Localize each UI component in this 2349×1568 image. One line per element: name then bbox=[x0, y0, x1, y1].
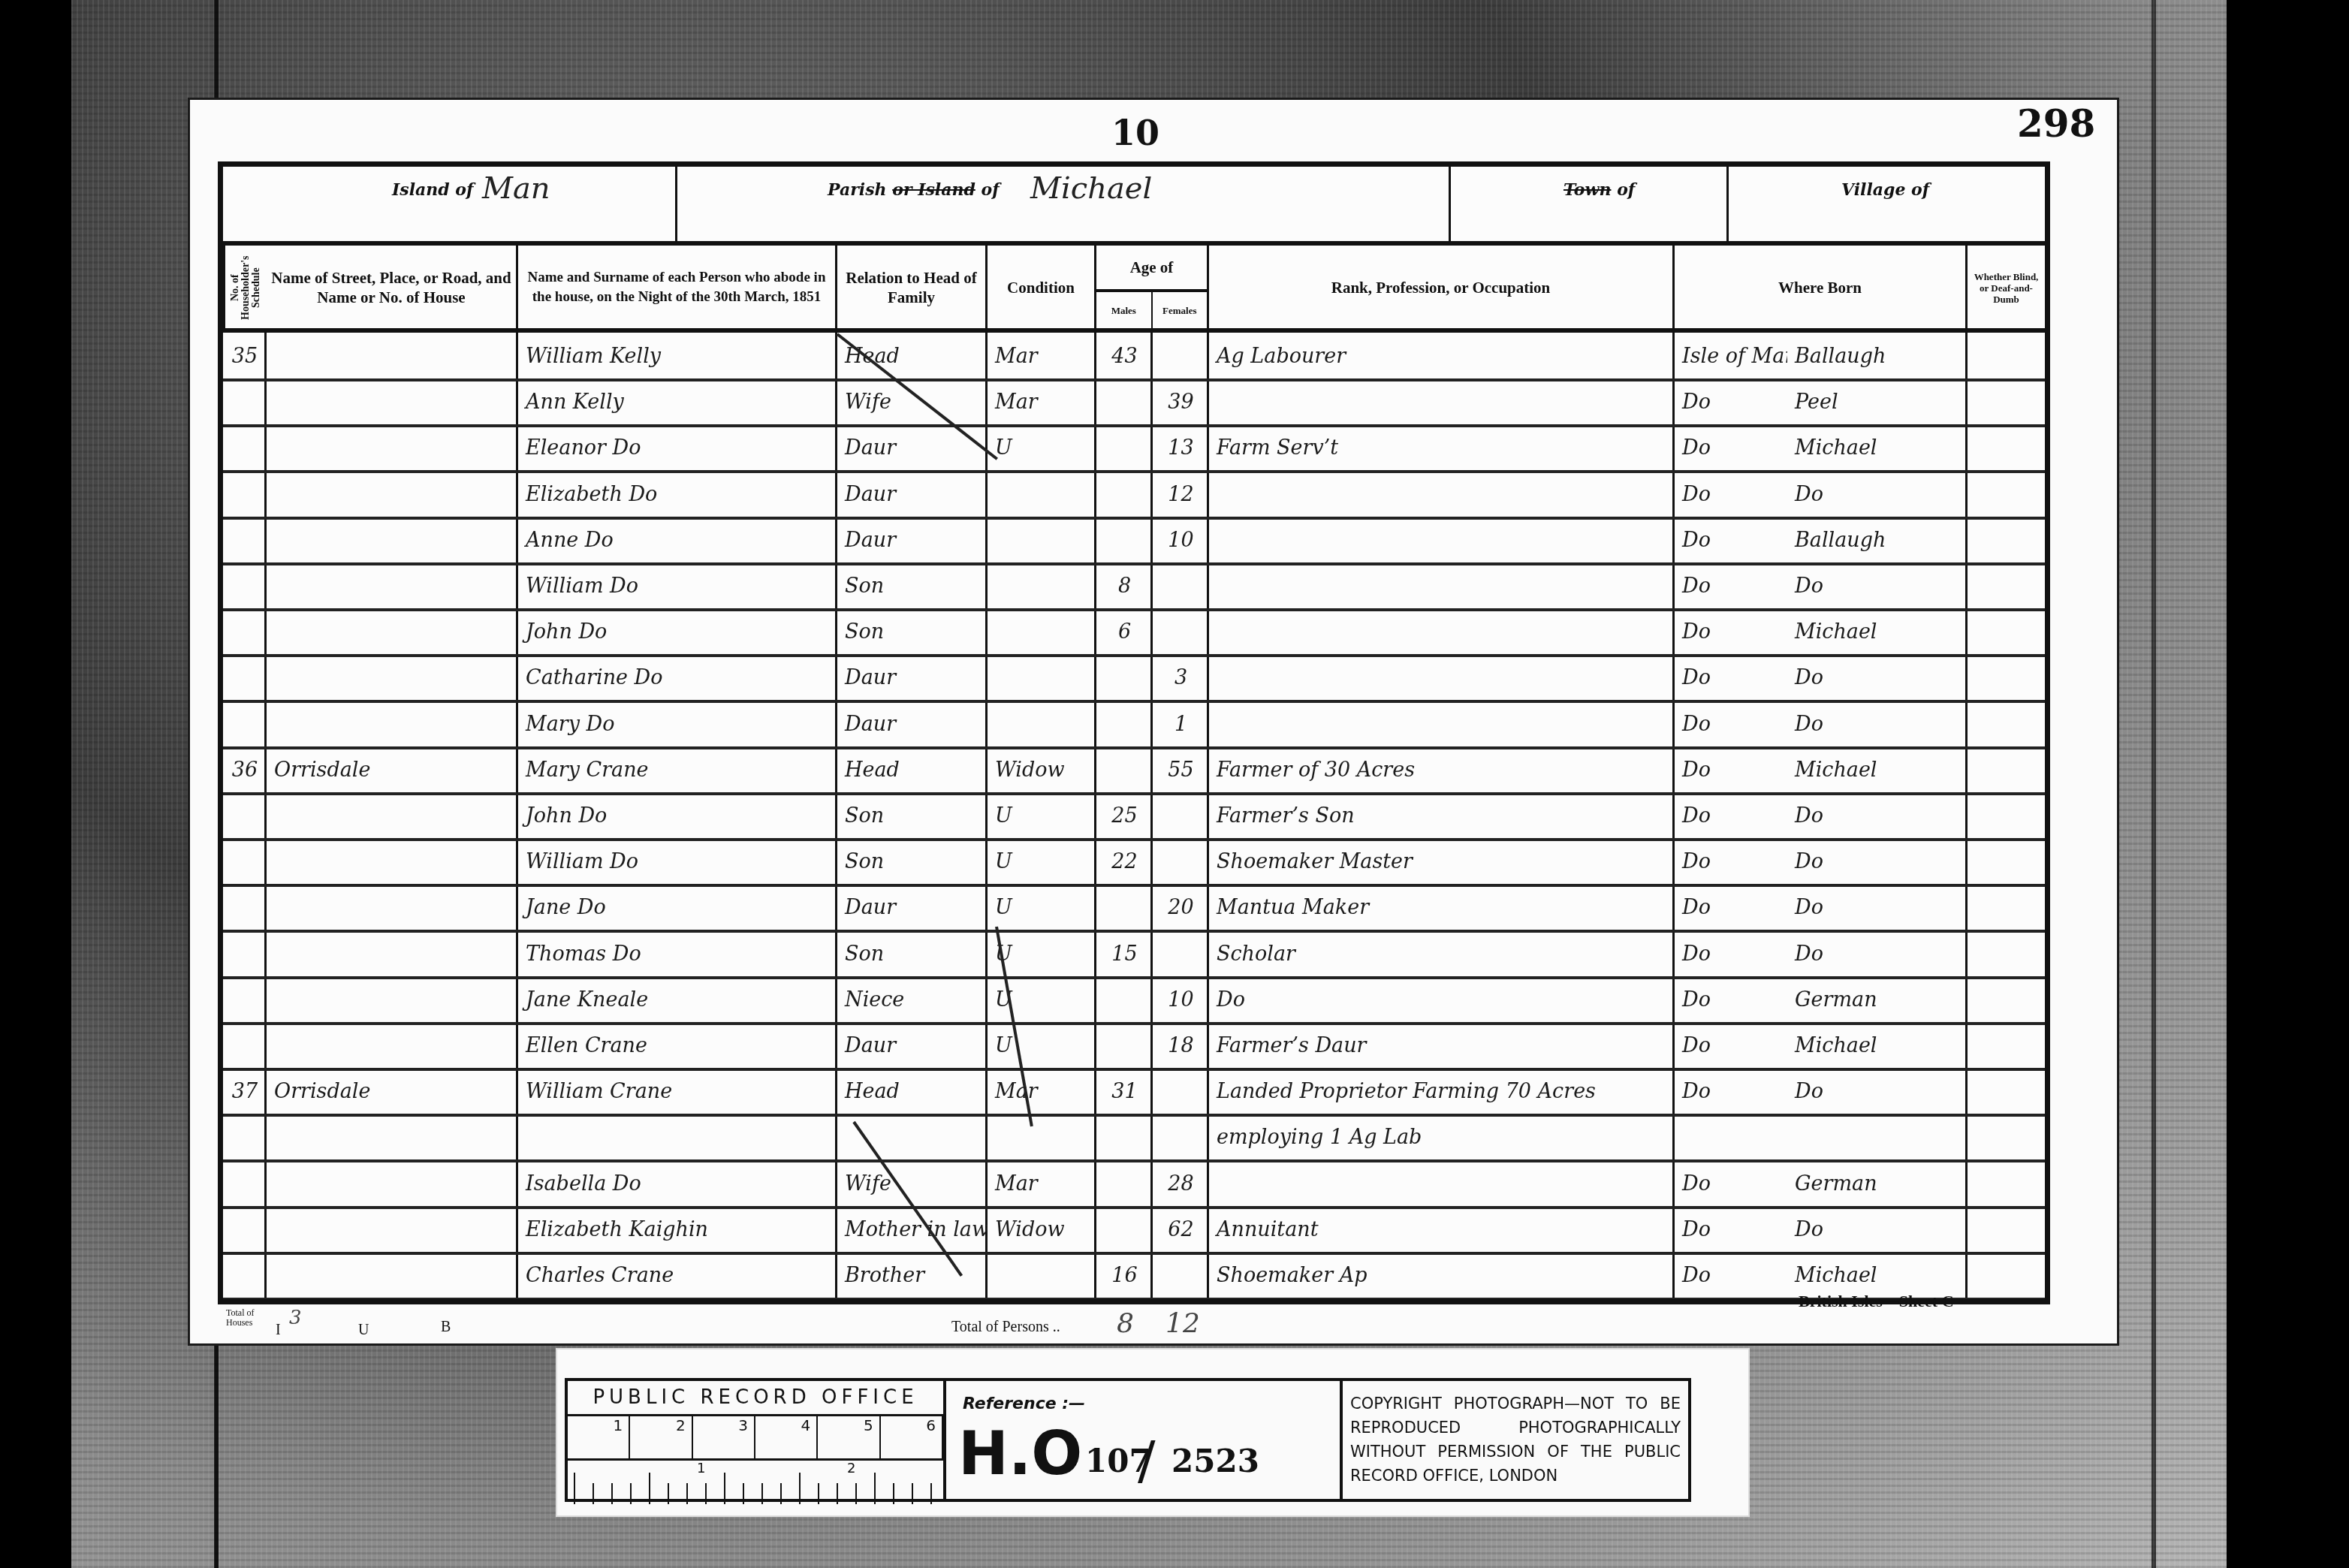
cell-female-age: 10 bbox=[1153, 520, 1209, 565]
males-total: 8 bbox=[1117, 1308, 1134, 1339]
cell-condition bbox=[988, 611, 1096, 657]
ruler-tick bbox=[611, 1483, 613, 1504]
cell-schedule bbox=[223, 1255, 267, 1301]
cell-street bbox=[267, 381, 518, 427]
cell-occupation bbox=[1209, 520, 1675, 565]
header-name: Name and Surname of each Person who abod… bbox=[518, 246, 837, 330]
reference-slash: / bbox=[1138, 1430, 1156, 1491]
cell-born-2: Do bbox=[1787, 1071, 1968, 1117]
cell-blind bbox=[1968, 749, 2045, 795]
cell-street bbox=[267, 887, 518, 933]
cell-born-1: Do bbox=[1675, 520, 1787, 565]
cell-male-age: 15 bbox=[1096, 933, 1153, 979]
pro-title: PUBLIC RECORD OFFICE bbox=[568, 1381, 943, 1416]
island-label: Island of bbox=[392, 180, 473, 200]
cell-blind bbox=[1968, 1255, 2045, 1301]
cell-name: Isabella Do bbox=[518, 1163, 837, 1209]
cell-condition: Widow bbox=[988, 1209, 1096, 1255]
cell-schedule bbox=[223, 795, 267, 841]
cell-born-1: Do bbox=[1675, 795, 1787, 841]
cell-relation: Head bbox=[837, 336, 988, 381]
cell-blind bbox=[1968, 427, 2045, 473]
ruler-tick bbox=[705, 1483, 707, 1504]
table-row: Ellen CraneDaurU18Farmer’s DaurDoMichael bbox=[223, 1025, 2045, 1060]
cell-male-age bbox=[1096, 1209, 1153, 1255]
cell-street bbox=[267, 1163, 518, 1209]
cell-blind bbox=[1968, 657, 2045, 703]
cell-male-age: 31 bbox=[1096, 1071, 1153, 1117]
table-row: 37OrrisdaleWilliam CraneHeadMar31Landed … bbox=[223, 1071, 2045, 1105]
cell-condition bbox=[988, 1117, 1096, 1162]
town-field: Town of bbox=[1451, 167, 1729, 241]
table-row: John DoSon6DoMichael bbox=[223, 611, 2045, 646]
cell-born-1: Do bbox=[1675, 1255, 1787, 1301]
cell-born-1: Do bbox=[1675, 749, 1787, 795]
cell-blind bbox=[1968, 1117, 2045, 1162]
cell-blind bbox=[1968, 565, 2045, 611]
cell-occupation: Mantua Maker bbox=[1209, 887, 1675, 933]
header-where-born: Where Born bbox=[1675, 246, 1968, 330]
cell-born-1: Do bbox=[1675, 474, 1787, 520]
cell-female-age: 28 bbox=[1153, 1163, 1209, 1209]
cell-condition: Mar bbox=[988, 381, 1096, 427]
cell-relation: Head bbox=[837, 749, 988, 795]
cell-schedule bbox=[223, 1209, 267, 1255]
cell-born-1: Do bbox=[1675, 657, 1787, 703]
cell-schedule bbox=[223, 565, 267, 611]
cell-name: Anne Do bbox=[518, 520, 837, 565]
cell-condition bbox=[988, 474, 1096, 520]
cell-blind bbox=[1968, 979, 2045, 1025]
ruler-tick bbox=[761, 1483, 763, 1504]
cell-schedule: 35 bbox=[223, 336, 267, 381]
cell-name: Charles Crane bbox=[518, 1255, 837, 1301]
ruler-tick bbox=[837, 1483, 838, 1504]
cell-street bbox=[267, 979, 518, 1025]
cell-relation: Head bbox=[837, 1071, 988, 1117]
island-value: Man bbox=[482, 171, 550, 206]
cell-born-2: Michael bbox=[1787, 427, 1968, 473]
ruler-tick bbox=[574, 1473, 575, 1504]
cell-condition: Mar bbox=[988, 336, 1096, 381]
ruler-tick-label: 6 bbox=[881, 1416, 943, 1458]
cell-blind bbox=[1968, 611, 2045, 657]
table-row: 35William KellyHeadMar43Ag LabourerIsle … bbox=[223, 336, 2045, 370]
table-row: Thomas DoSonU15ScholarDoDo bbox=[223, 933, 2045, 968]
table-row: Jane KnealeNieceU10DoDoGerman bbox=[223, 979, 2045, 1014]
cell-name: John Do bbox=[518, 611, 837, 657]
cell-female-age: 39 bbox=[1153, 381, 1209, 427]
cell-schedule bbox=[223, 381, 267, 427]
cell-born-2: Do bbox=[1787, 841, 1968, 887]
cell-street bbox=[267, 795, 518, 841]
cell-schedule bbox=[223, 611, 267, 657]
cell-street bbox=[267, 1025, 518, 1071]
cell-schedule bbox=[223, 427, 267, 473]
table-row: William DoSonU22Shoemaker MasterDoDo bbox=[223, 841, 2045, 876]
ruler-tick bbox=[799, 1473, 801, 1504]
cell-schedule bbox=[223, 1117, 267, 1162]
ruler-inches: 1 2 3 4 5 6 bbox=[568, 1416, 943, 1461]
reference-label: PUBLIC RECORD OFFICE 1 2 3 4 5 6 1 2 Ref… bbox=[556, 1348, 1750, 1517]
header-age-of: Age of bbox=[1096, 246, 1207, 292]
totals-row: Total of Houses I 3 U B Total of Persons… bbox=[223, 1304, 2045, 1350]
ruler-tick bbox=[743, 1483, 744, 1504]
cell-street bbox=[267, 1209, 518, 1255]
cell-born-1: Do bbox=[1675, 611, 1787, 657]
cell-born-2: German bbox=[1787, 979, 1968, 1025]
table-row: Catharine DoDaur3DoDo bbox=[223, 657, 2045, 692]
cell-occupation: Farm Serv’t bbox=[1209, 427, 1675, 473]
cell-name: Catharine Do bbox=[518, 657, 837, 703]
cell-name: William Crane bbox=[518, 1071, 837, 1117]
cell-female-age bbox=[1153, 795, 1209, 841]
cell-born-1: Do bbox=[1675, 427, 1787, 473]
cell-condition bbox=[988, 657, 1096, 703]
cell-name: Mary Do bbox=[518, 704, 837, 749]
cell-blind bbox=[1968, 336, 2045, 381]
header-condition: Condition bbox=[988, 246, 1096, 330]
cell-male-age: 16 bbox=[1096, 1255, 1153, 1301]
cell-female-age bbox=[1153, 611, 1209, 657]
cell-condition: Widow bbox=[988, 749, 1096, 795]
cell-schedule bbox=[223, 474, 267, 520]
cell-born-2: Michael bbox=[1787, 611, 1968, 657]
cell-relation bbox=[837, 1117, 988, 1162]
cell-female-age bbox=[1153, 841, 1209, 887]
ruler-tick bbox=[593, 1483, 594, 1504]
cell-condition: U bbox=[988, 795, 1096, 841]
cell-female-age: 1 bbox=[1153, 704, 1209, 749]
cell-male-age bbox=[1096, 979, 1153, 1025]
cell-street bbox=[267, 520, 518, 565]
cell-name: Mary Crane bbox=[518, 749, 837, 795]
cell-relation: Daur bbox=[837, 1025, 988, 1071]
cell-born-1: Do bbox=[1675, 1209, 1787, 1255]
ruler-tick bbox=[930, 1483, 932, 1504]
ruler-tick-label: 1 bbox=[568, 1416, 630, 1458]
cell-occupation: Do bbox=[1209, 979, 1675, 1025]
cell-born-1: Do bbox=[1675, 1071, 1787, 1117]
cell-male-age bbox=[1096, 474, 1153, 520]
village-field: Village of bbox=[1729, 167, 2045, 241]
cell-blind bbox=[1968, 1025, 2045, 1071]
cell-male-age bbox=[1096, 520, 1153, 565]
cell-female-age: 55 bbox=[1153, 749, 1209, 795]
inhabited-value: 3 bbox=[289, 1307, 302, 1329]
cell-occupation bbox=[1209, 1163, 1675, 1209]
census-table: Island of Man Parish or Island of Michae… bbox=[218, 161, 2050, 1304]
cell-male-age: 43 bbox=[1096, 336, 1153, 381]
scan-edge-right bbox=[2151, 0, 2156, 1568]
cell-relation: Daur bbox=[837, 657, 988, 703]
cell-street: Orrisdale bbox=[267, 1071, 518, 1117]
cell-occupation: Farmer’s Son bbox=[1209, 795, 1675, 841]
cell-relation: Son bbox=[837, 611, 988, 657]
cell-female-age: 20 bbox=[1153, 887, 1209, 933]
cell-born-1: Do bbox=[1675, 704, 1787, 749]
cell-male-age bbox=[1096, 427, 1153, 473]
ruler-tick bbox=[668, 1483, 669, 1504]
ruler-tick bbox=[893, 1483, 894, 1504]
ruler-tick-label: 2 bbox=[630, 1416, 692, 1458]
header-males: Males bbox=[1096, 292, 1153, 330]
building-label: B bbox=[441, 1319, 451, 1336]
cell-occupation: Landed Proprietor Farming 70 Acres bbox=[1209, 1071, 1675, 1117]
reference-folio: 2523 bbox=[1171, 1443, 1259, 1479]
copyright-notice: Copyright photograph—not to be reproduce… bbox=[1343, 1381, 1688, 1499]
header-age: Age of Males Females bbox=[1096, 246, 1209, 330]
cell-name: John Do bbox=[518, 795, 837, 841]
table-row: employing 1 Ag Lab bbox=[223, 1117, 2045, 1151]
ruler-tick bbox=[630, 1483, 632, 1504]
ruler-tick bbox=[686, 1483, 688, 1504]
cell-relation: Son bbox=[837, 933, 988, 979]
table-row: William DoSon8DoDo bbox=[223, 565, 2045, 600]
cell-condition: U bbox=[988, 887, 1096, 933]
cell-occupation: Farmer’s Daur bbox=[1209, 1025, 1675, 1071]
females-total: 12 bbox=[1165, 1308, 1200, 1339]
ruler-tick-label: 5 bbox=[818, 1416, 880, 1458]
cell-born-1: Do bbox=[1675, 1025, 1787, 1071]
table-row: Charles CraneBrother16Shoemaker ApDoMich… bbox=[223, 1255, 2045, 1289]
cell-male-age bbox=[1096, 749, 1153, 795]
cell-blind bbox=[1968, 1071, 2045, 1117]
reference-prefix: Reference :— bbox=[963, 1395, 1085, 1413]
header-females: Females bbox=[1153, 292, 1208, 330]
cell-occupation: Scholar bbox=[1209, 933, 1675, 979]
cell-relation: Mother in law bbox=[837, 1209, 988, 1255]
cell-condition bbox=[988, 704, 1096, 749]
cell-name: Jane Kneale bbox=[518, 979, 837, 1025]
cell-female-age bbox=[1153, 1117, 1209, 1162]
sheet-label: British Isles—Sheet C bbox=[1799, 1292, 1954, 1311]
table-row: Elizabeth KaighinMother in lawWidow62Ann… bbox=[223, 1209, 2045, 1244]
cell-female-age bbox=[1153, 1255, 1209, 1301]
cell-name: Jane Do bbox=[518, 887, 837, 933]
cell-relation: Daur bbox=[837, 704, 988, 749]
cell-relation: Brother bbox=[837, 1255, 988, 1301]
cell-blind bbox=[1968, 795, 2045, 841]
header-street: Name of Street, Place, or Road, and Name… bbox=[267, 246, 518, 330]
cell-born-2: Do bbox=[1787, 704, 1968, 749]
cell-born-2: Do bbox=[1787, 565, 1968, 611]
cell-female-age: 13 bbox=[1153, 427, 1209, 473]
cell-male-age bbox=[1096, 1025, 1153, 1071]
cell-occupation bbox=[1209, 381, 1675, 427]
cell-born-2: Do bbox=[1787, 933, 1968, 979]
cell-occupation: Farmer of 30 Acres bbox=[1209, 749, 1675, 795]
cell-female-age bbox=[1153, 933, 1209, 979]
cell-male-age bbox=[1096, 1163, 1153, 1209]
cell-street bbox=[267, 657, 518, 703]
cell-blind bbox=[1968, 933, 2045, 979]
cell-blind bbox=[1968, 520, 2045, 565]
table-row: 36OrrisdaleMary CraneHeadWidow55Farmer o… bbox=[223, 749, 2045, 784]
cell-condition: Mar bbox=[988, 1071, 1096, 1117]
cell-condition: U bbox=[988, 841, 1096, 887]
uninhabited-label: U bbox=[358, 1322, 369, 1339]
cell-relation: Niece bbox=[837, 979, 988, 1025]
cell-born-2: Do bbox=[1787, 887, 1968, 933]
ruler-tick bbox=[780, 1483, 782, 1504]
cell-born-2: German bbox=[1787, 1163, 1968, 1209]
cell-street bbox=[267, 1117, 518, 1162]
table-row: Isabella DoWifeMar28DoGerman bbox=[223, 1163, 2045, 1198]
cell-relation: Wife bbox=[837, 1163, 988, 1209]
schedule-number: 10 bbox=[1111, 113, 1159, 153]
cell-street bbox=[267, 841, 518, 887]
cell-name: Thomas Do bbox=[518, 933, 837, 979]
cell-schedule bbox=[223, 887, 267, 933]
cell-born-2: Ballaugh bbox=[1787, 520, 1968, 565]
cell-female-age bbox=[1153, 1071, 1209, 1117]
cell-condition: Mar bbox=[988, 1163, 1096, 1209]
cell-occupation: Shoemaker Master bbox=[1209, 841, 1675, 887]
cell-relation: Daur bbox=[837, 520, 988, 565]
cell-street bbox=[267, 427, 518, 473]
cell-blind bbox=[1968, 887, 2045, 933]
cell-schedule bbox=[223, 520, 267, 565]
cell-street bbox=[267, 704, 518, 749]
cell-born-2: Do bbox=[1787, 474, 1968, 520]
cell-name: Elizabeth Kaighin bbox=[518, 1209, 837, 1255]
reference-series: H.O bbox=[958, 1420, 1082, 1488]
page-number: 298 bbox=[2017, 101, 2095, 146]
cell-male-age bbox=[1096, 381, 1153, 427]
cell-schedule bbox=[223, 841, 267, 887]
reference-panel: Reference :— H.O 107 / 2523 bbox=[946, 1381, 1343, 1499]
cell-male-age bbox=[1096, 704, 1153, 749]
village-label: Village of bbox=[1841, 180, 1929, 200]
cell-born-2: Ballaugh bbox=[1787, 336, 1968, 381]
cell-relation: Son bbox=[837, 841, 988, 887]
cell-name bbox=[518, 1117, 837, 1162]
cell-relation: Son bbox=[837, 565, 988, 611]
cell-born-1: Do bbox=[1675, 565, 1787, 611]
cell-born-2: Do bbox=[1787, 795, 1968, 841]
cell-name: Elizabeth Do bbox=[518, 474, 837, 520]
cell-name: William Do bbox=[518, 841, 837, 887]
cell-born-1: Do bbox=[1675, 1163, 1787, 1209]
cell-occupation: Ag Labourer bbox=[1209, 336, 1675, 381]
cell-female-age: 18 bbox=[1153, 1025, 1209, 1071]
ruler-tick-label: 1 bbox=[697, 1461, 705, 1476]
cell-born-2: Peel bbox=[1787, 381, 1968, 427]
cell-blind bbox=[1968, 381, 2045, 427]
cell-name: William Kelly bbox=[518, 336, 837, 381]
cell-schedule: 36 bbox=[223, 749, 267, 795]
cell-relation: Son bbox=[837, 795, 988, 841]
cell-occupation bbox=[1209, 565, 1675, 611]
cell-relation: Wife bbox=[837, 381, 988, 427]
cell-male-age bbox=[1096, 657, 1153, 703]
table-row: John DoSonU25Farmer’s SonDoDo bbox=[223, 795, 2045, 830]
houses-total-label: Total of Houses bbox=[226, 1308, 264, 1328]
cell-name: Ellen Crane bbox=[518, 1025, 837, 1071]
cell-male-age: 8 bbox=[1096, 565, 1153, 611]
cell-born-2: Michael bbox=[1787, 1025, 1968, 1071]
cell-blind bbox=[1968, 1209, 2045, 1255]
ruler-tick bbox=[874, 1473, 876, 1504]
cell-male-age: 22 bbox=[1096, 841, 1153, 887]
ruler-tick-label: 2 bbox=[847, 1461, 855, 1476]
header-schedule-no: No. of Householder's Schedule bbox=[223, 246, 267, 330]
cell-blind bbox=[1968, 704, 2045, 749]
cell-born-1: Isle of Man bbox=[1675, 336, 1787, 381]
cell-condition: U bbox=[988, 979, 1096, 1025]
cell-street bbox=[267, 933, 518, 979]
table-row: Anne DoDaur10DoBallaugh bbox=[223, 520, 2045, 554]
cell-born-2: Do bbox=[1787, 657, 1968, 703]
cell-occupation bbox=[1209, 657, 1675, 703]
cell-born-1: Do bbox=[1675, 841, 1787, 887]
cell-blind bbox=[1968, 1163, 2045, 1209]
cell-occupation bbox=[1209, 474, 1675, 520]
cell-male-age: 25 bbox=[1096, 795, 1153, 841]
cell-street bbox=[267, 336, 518, 381]
parish-field: Parish or Island of Michael bbox=[677, 167, 1451, 241]
cell-relation: Daur bbox=[837, 474, 988, 520]
cell-female-age: 3 bbox=[1153, 657, 1209, 703]
cell-female-age: 10 bbox=[1153, 979, 1209, 1025]
cell-name: Eleanor Do bbox=[518, 427, 837, 473]
town-label: Town of bbox=[1563, 180, 1635, 200]
cell-occupation bbox=[1209, 704, 1675, 749]
inhabited-label: I bbox=[276, 1322, 281, 1339]
cell-born-1 bbox=[1675, 1117, 1787, 1162]
location-strip: Island of Man Parish or Island of Michae… bbox=[223, 167, 2045, 246]
island-field: Island of Man bbox=[223, 167, 677, 241]
ruler-tick bbox=[724, 1473, 725, 1504]
cell-born-1: Do bbox=[1675, 933, 1787, 979]
cell-name: William Do bbox=[518, 565, 837, 611]
cell-condition: U bbox=[988, 427, 1096, 473]
cell-name: Ann Kelly bbox=[518, 381, 837, 427]
cell-schedule bbox=[223, 704, 267, 749]
cell-street: Orrisdale bbox=[267, 749, 518, 795]
cell-schedule bbox=[223, 933, 267, 979]
cell-condition: U bbox=[988, 1025, 1096, 1071]
cell-female-age bbox=[1153, 336, 1209, 381]
ruler-tick-label: 3 bbox=[693, 1416, 755, 1458]
table-row: Eleanor DoDaurU13Farm Serv’tDoMichael bbox=[223, 427, 2045, 462]
header-relation: Relation to Head of Family bbox=[837, 246, 988, 330]
parish-label: Parish or Island of bbox=[828, 180, 1000, 200]
cell-female-age bbox=[1153, 565, 1209, 611]
cell-condition bbox=[988, 1255, 1096, 1301]
cell-male-age bbox=[1096, 887, 1153, 933]
cell-schedule bbox=[223, 1163, 267, 1209]
table-row: Elizabeth DoDaur12DoDo bbox=[223, 474, 2045, 508]
cell-schedule bbox=[223, 657, 267, 703]
cell-street bbox=[267, 474, 518, 520]
table-row: Ann KellyWifeMar39DoPeel bbox=[223, 381, 2045, 416]
cell-born-1: Do bbox=[1675, 887, 1787, 933]
parish-value: Michael bbox=[1030, 171, 1152, 206]
cell-occupation: employing 1 Ag Lab bbox=[1209, 1117, 1675, 1162]
cell-street bbox=[267, 565, 518, 611]
ruler-tick bbox=[818, 1483, 819, 1504]
cell-schedule bbox=[223, 1025, 267, 1071]
cell-street bbox=[267, 611, 518, 657]
cell-relation: Daur bbox=[837, 887, 988, 933]
table-row: Mary DoDaur1DoDo bbox=[223, 704, 2045, 738]
ruler-cm: 1 2 bbox=[568, 1461, 943, 1504]
table-row: Jane DoDaurU20Mantua MakerDoDo bbox=[223, 887, 2045, 921]
cell-born-1: Do bbox=[1675, 979, 1787, 1025]
cell-schedule: 37 bbox=[223, 1071, 267, 1117]
